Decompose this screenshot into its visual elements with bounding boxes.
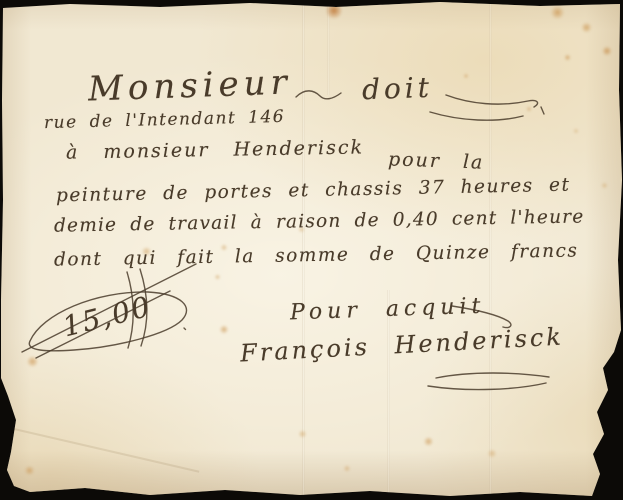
stain [602,46,612,56]
signature-underline-2 [428,383,546,390]
receipt-paper: Monsieur doit rue de l'Intendant 146 à m… [0,0,623,500]
stain [487,449,497,458]
stain [601,182,608,189]
stain [550,6,565,19]
handwriting-body-line1: peinture de portes et chassis 37 heures … [56,175,571,207]
flourish-after-doit-lower [430,112,523,120]
handwriting-signature: François Henderisck [239,323,564,368]
signature-underline-1 [436,373,549,378]
photo-backdrop: Monsieur doit rue de l'Intendant 146 à m… [0,0,623,500]
handwriting-acquit: Pour acquit [290,294,486,326]
handwriting-recipient: à monsieur Henderisck [66,136,364,163]
stain [564,54,571,61]
handwriting-amount: 15,00 [59,290,154,344]
flourish-after-doit-tick [541,107,544,114]
stain [326,1,342,20]
handwriting-salutation: Monsieur [87,62,292,109]
stain [526,106,532,112]
stain [214,274,221,280]
stain [463,73,469,79]
stain [219,325,229,334]
stain [26,356,39,367]
stain [298,430,307,438]
flourish-after-monsieur [296,91,341,99]
crease-vertical-top [327,0,330,95]
stain [24,466,35,475]
handwriting-body-line2: demie de travail à raison de 0,40 cent l… [54,206,585,236]
handwriting-pour-la: pour la [388,148,485,173]
stain [573,128,579,134]
handwriting-address: rue de l'Intendant 146 [44,107,286,133]
handwriting-doit: doit [361,71,433,106]
flourish-after-doit-upper [446,95,538,107]
stain [581,22,592,33]
amount-dot [184,328,186,330]
stain [423,437,434,446]
handwriting-body-line3: dont qui fait la somme de Quinze francs [54,240,579,270]
stain [343,465,351,472]
crease-diagonal-bottom-left [14,428,200,473]
